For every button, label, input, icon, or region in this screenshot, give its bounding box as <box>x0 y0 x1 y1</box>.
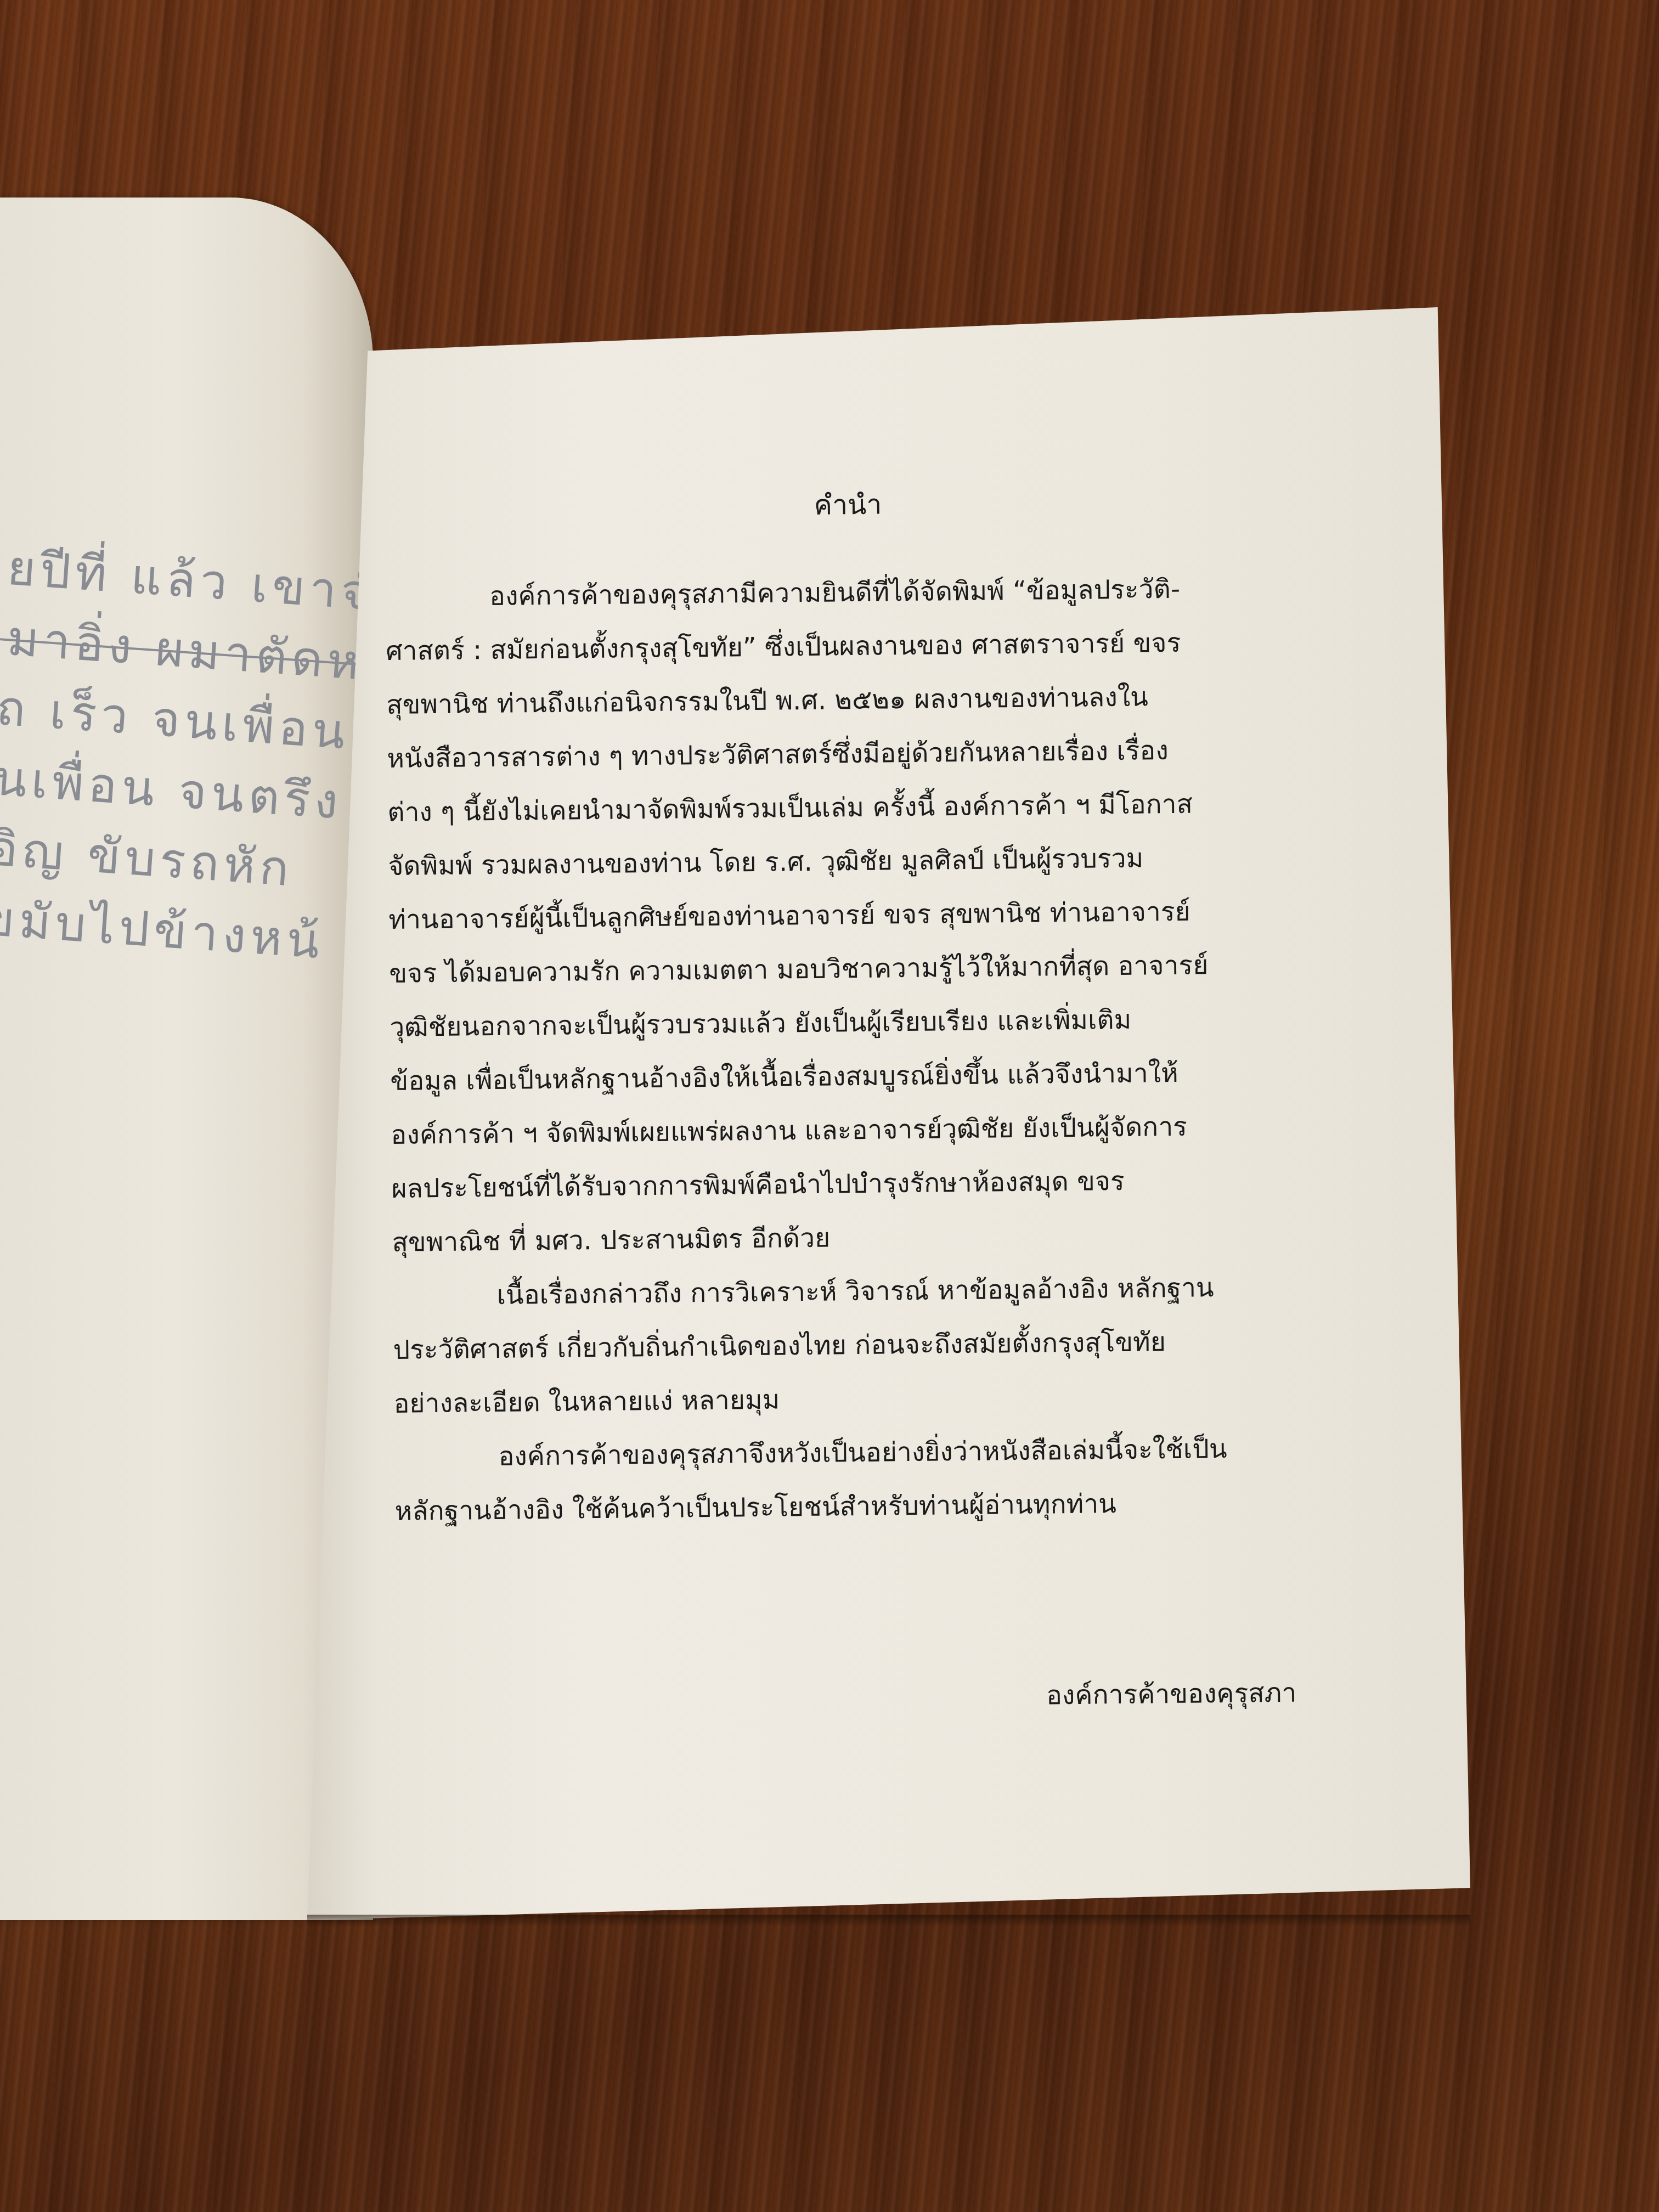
left-page: ายปีที่ แล้ว เขาจำได้ หมาอิ่ง ผมาตัดหนัง… <box>0 198 373 1920</box>
signature: องค์การค้าของคุรุสภา <box>397 1666 1302 1729</box>
pencil-handwriting: ายปีที่ แล้ว เขาจำได้ หมาอิ่ง ผมาตัดหนัง… <box>0 538 350 984</box>
text-line: ศาสตร์ : สมัยก่อนตั้งกรุงสุโขทัย” ซึ่งเป… <box>386 615 1291 678</box>
preface-title: คำนำ <box>384 473 1290 537</box>
paragraph-2: เนื้อเรื่องกล่าวถึง การวิเคราะห์ วิจารณ์… <box>392 1260 1299 1431</box>
text-line: หลักฐานอ้างอิง ใช้ค้นคว้าเป็นประโยชน์สำห… <box>394 1475 1300 1538</box>
text-line: ข้อมูล เพื่อเป็นหลักฐานอ้างอิงให้เนื้อเร… <box>390 1045 1296 1108</box>
paragraph-1: องค์การค้าของคุรุสภามีความยินดีที่ได้จัด… <box>385 561 1297 1269</box>
text-line: สุขพานิช ท่านถึงแก่อนิจกรรมในปี พ.ศ. ๒๕๒… <box>386 669 1292 732</box>
page-edge-shadow <box>307 1915 1470 1927</box>
text-line: หนังสือวารสารต่าง ๆ ทางประวัติศาสตร์ซึ่ง… <box>387 723 1293 786</box>
text-line: ต่าง ๆ นี้ยังไม่เคยนำมาจัดพิมพ์รวมเป็นเล… <box>387 776 1293 839</box>
preface-text-block: คำนำ องค์การค้าของคุรุสภามีความยินดีที่ไ… <box>384 473 1302 1729</box>
paragraph-3: องค์การค้าของคุรุสภาจึงหวังเป็นอย่างยิ่ง… <box>394 1421 1300 1538</box>
text-line: สุขพาณิช ที่ มศว. ประสานมิตร อีกด้วย <box>392 1206 1297 1269</box>
wooden-table-background: ายปีที่ แล้ว เขาจำได้ หมาอิ่ง ผมาตัดหนัง… <box>0 0 1659 2212</box>
text-line: จัดพิมพ์ รวมผลงานของท่าน โดย ร.ศ. วุฒิชั… <box>388 830 1294 893</box>
text-line: ขจร ได้มอบความรัก ความเมตตา มอบวิชาความร… <box>389 938 1295 1001</box>
text-line: ท่านอาจารย์ผู้นี้เป็นลูกศิษย์ของท่านอาจา… <box>388 884 1294 947</box>
text-line: ผลประโยชน์ที่ได้รับจากการพิมพ์คือนำไปบำร… <box>391 1153 1297 1216</box>
text-line: องค์การค้าของคุรุสภาจึงหวังเป็นอย่างยิ่ง… <box>394 1421 1300 1485</box>
text-line: องค์การค้า ฯ จัดพิมพ์เผยแพร่ผลงาน และอาจ… <box>391 1099 1296 1162</box>
text-line: วุฒิชัยนอกจากจะเป็นผู้รวบรวมแล้ว ยังเป็น… <box>390 991 1295 1054</box>
text-line: องค์การค้าของคุรุสภามีความยินดีที่ได้จัด… <box>385 561 1291 624</box>
text-line: ประวัติศาสตร์ เกี่ยวกับถิ่นกำเนิดของไทย … <box>393 1314 1299 1377</box>
text-line: อย่างละเอียด ในหลายแง่ หลายมุม <box>393 1368 1299 1431</box>
text-line: เนื้อเรื่องกล่าวถึง การวิเคราะห์ วิจารณ์… <box>392 1260 1298 1323</box>
